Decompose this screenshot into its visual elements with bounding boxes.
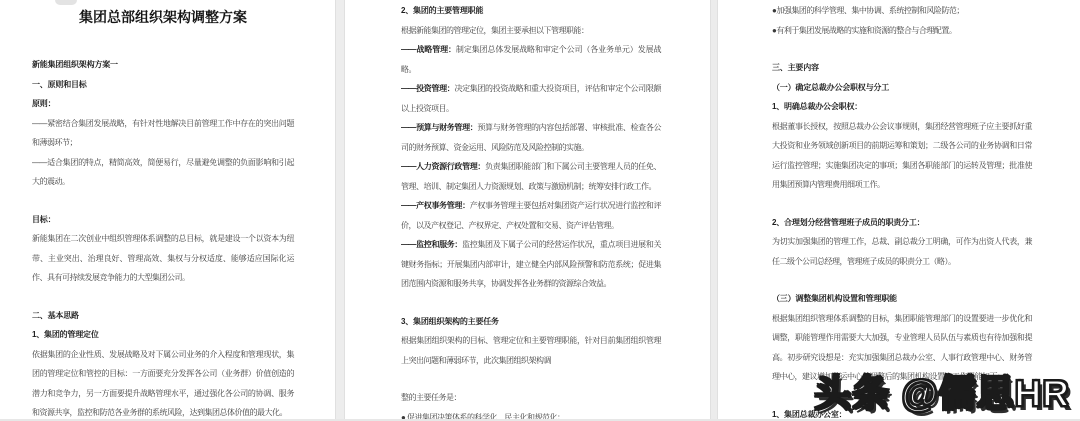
paragraph: 新能集团在二次创业中组织管理体系调整的总目标，就是建设一个以资本为纽带、主业突出… [32, 229, 294, 288]
document-page-3: ●加强集团的科学管理、集中协调、系统控制和风险防范；●有利于集团发展战略的实施和… [718, 0, 1080, 421]
page-corner-artifact [55, 0, 77, 5]
section-heading: 原则： [32, 94, 294, 114]
document-page-2: 2、集团的主要管理职能根据新能集团的管理定位，集团主要承担以下管理职能：——战略… [350, 0, 710, 421]
paragraph: 整的主要任务是： [401, 388, 661, 408]
section-heading: 一、原则和目标 [32, 75, 294, 95]
bullet-item: ●加强集团的科学管理、集中协调、系统控制和风险防范； [772, 1, 1032, 21]
paragraph-lead: ——预算与财务管理： [401, 123, 477, 132]
section-heading: （三）调整集团机构设置和管理职能 [772, 289, 1032, 309]
paragraph-lead: ——产权事务管理： [401, 201, 470, 210]
paragraph: ——产权事务管理：产权事务管理主要包括对集团资产运行状况进行监控和评价，以及产权… [401, 196, 661, 235]
section-heading: 2、合理划分经营管理班子成员的职责分工： [772, 213, 1032, 233]
section-heading: （一）确定总裁办公会职权与分工 [772, 78, 1032, 98]
section-heading: 二、基本思路 [32, 306, 294, 326]
paragraph: 依据集团的企业性质、发展战略及对下属公司业务的介入程度和管理现状，集团的管理定位… [32, 345, 294, 421]
paragraph-lead: ——监控和服务： [401, 240, 462, 249]
section-heading: 2、集团的主要管理职能 [401, 1, 661, 21]
paragraph: 为切实加强集团的管理工作，总裁、副总裁分工明确，可作为出资人代表，兼任二级个公司… [772, 232, 1032, 271]
paragraph: 根据集团组织架构的目标、管理定位和主要管理职能，针对目前集团组织管理上突出问题和… [401, 331, 661, 370]
pages-row: 集团总部组织架构调整方案新能集团组织架构方案一一、原则和目标原则：——紧密结合集… [0, 0, 1080, 421]
section-heading: 1、集团的管理定位 [32, 325, 294, 345]
paragraph: 根据董事长授权，按照总裁办公会议事规则，集团经营管理班子应主要抓好重大投资和业务… [772, 117, 1032, 195]
paragraph-lead: ——战略管理： [401, 45, 456, 54]
paragraph: ——预算与财务管理：预算与财务管理的内容包括部署、审核批准、检查各公司的财务预算… [401, 118, 661, 157]
document-page-1: 集团总部组织架构调整方案新能集团组织架构方案一一、原则和目标原则：——紧密结合集… [0, 0, 330, 421]
paragraph-lead: ——人力资源行政管理： [401, 162, 485, 171]
doc-title: 集团总部组织架构调整方案 [32, 6, 294, 26]
paragraph: ——人力资源行政管理：负责集团职能部门和下属公司主要管理人员的任免、管理、培训、… [401, 157, 661, 196]
paragraph: ——战略管理：制定集团总体发展战略和审定个公司（各业务单元）发展战略。 [401, 40, 661, 79]
section-heading: 三、主要内容 [772, 58, 1032, 78]
paragraph: ——监控和服务：监控集团及下属子公司的经营运作状况，重点项目进展和关键财务指标；… [401, 235, 661, 294]
section-heading: 新能集团组织架构方案一 [32, 55, 294, 75]
section-heading: 3、集团组织架构的主要任务 [401, 312, 661, 332]
paragraph: ——紧密结合集团发展战略，有针对性地解决目前管理工作中存在的突出问题和薄弱环节； [32, 114, 294, 153]
bullet-item: ●有利于集团发展战略的实施和资源的整合与合理配置。 [772, 21, 1032, 41]
section-heading: 1、明确总裁办公会职权： [772, 97, 1032, 117]
page-divider [710, 0, 718, 421]
watermark-toutiao: 头条 @儒思HR [814, 363, 1070, 417]
paragraph: ——适合集团的特点，精简高效，简便易行，尽量避免调整的负面影响和引起大的震动。 [32, 153, 294, 192]
page-divider [330, 0, 350, 421]
section-heading: 目标： [32, 210, 294, 230]
paragraph: ——投资管理：决定集团的投资战略和重大投资项目，评估和审定个公司限额以上投资项目… [401, 79, 661, 118]
document-preview: 集团总部组织架构调整方案新能集团组织架构方案一一、原则和目标原则：——紧密结合集… [0, 0, 1080, 421]
paragraph-lead: ——投资管理： [401, 84, 454, 93]
paragraph: 根据新能集团的管理定位，集团主要承担以下管理职能： [401, 21, 661, 41]
